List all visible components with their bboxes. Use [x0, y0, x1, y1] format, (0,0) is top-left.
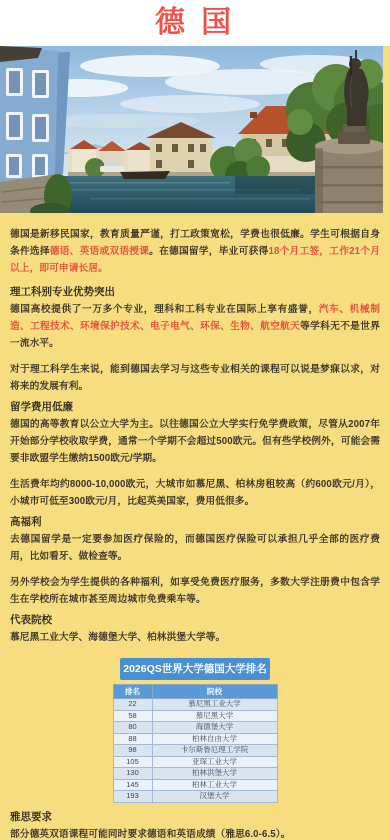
university-cell: 柏林洪堡大学 — [152, 768, 277, 780]
table-row: 145柏林工业大学 — [113, 779, 277, 791]
university-cell: 柏林自由大学 — [152, 733, 277, 745]
table-header-row: 排名 院校 — [113, 685, 277, 699]
section-heading: 留学费用低廉 — [10, 401, 380, 413]
section-stem-advantage: 理工科别专业优势突出 德国高校提供了一万多个专业，理科和工科专业在国际上享有盛誉… — [10, 286, 380, 395]
university-cell: 海德堡大学 — [152, 722, 277, 734]
rank-cell: 22 — [113, 699, 152, 711]
content-area: 德国是新移民国家，教育质量严谨，打工政策宽松，学费也很低廉。学生可根据自身条件选… — [0, 213, 390, 840]
university-cell: 慕尼黑工业大学 — [152, 699, 277, 711]
section-representative-universities: 代表院校 慕尼黑工业大学、海德堡大学、柏林洪堡大学等。 — [10, 614, 380, 646]
rank-cell: 80 — [113, 722, 152, 734]
title-bar: 德 国 — [0, 0, 390, 46]
table-row: 80海德堡大学 — [113, 722, 277, 734]
rank-cell: 98 — [113, 745, 152, 757]
text-segment: 对于理工科学生来说，能到德国去学习与这些专业相关的课程可以说是梦寐以求，对将来的… — [10, 364, 380, 392]
ranking-rows: 22慕尼黑工业大学58慕尼黑大学80海德堡大学88柏林自由大学98卡尔斯鲁厄理工… — [113, 699, 277, 803]
university-cell: 卡尔斯鲁厄理工学院 — [152, 745, 277, 757]
ielts-text: 部分德英双语课程可能同时要求德语和英语成绩（雅思6.0-6.5）。 — [10, 826, 380, 840]
page-title: 德 国 — [155, 8, 235, 38]
table-row: 193汉堡大学 — [113, 791, 277, 803]
germany-study-poster: 德 国 — [0, 0, 390, 840]
paragraph: 生活费年均约8000-10,000欧元，大城市如慕尼黑、柏林房租较高（约600欧… — [10, 476, 380, 510]
table-row: 88柏林自由大学 — [113, 733, 277, 745]
text-segment: 。在德国留学，毕业可获得 — [149, 246, 268, 257]
table-row: 98卡尔斯鲁厄理工学院 — [113, 745, 277, 757]
table-row: 58慕尼黑大学 — [113, 710, 277, 722]
section-heading: 雅思要求 — [10, 811, 380, 823]
section-low-cost: 留学费用低廉 德国的高等教育以公立大学为主。以往德国公立大学实行免学费政策，尽管… — [10, 401, 380, 510]
section-heading: 高福利 — [10, 516, 380, 528]
text-segment: 另外学校会为学生提供的各种福利，如享受免费医疗服务，多数大学注册费中包含学生在学… — [10, 577, 380, 605]
column-university: 院校 — [152, 685, 277, 699]
paragraph: 另外学校会为学生提供的各种福利，如享受免费医疗服务，多数大学注册费中包含学生在学… — [10, 574, 380, 608]
text-segment: 生活费年均约8000-10,000欧元，大城市如慕尼黑、柏林房租较高（约600欧… — [10, 479, 380, 507]
table-row: 105亚琛工业大学 — [113, 756, 277, 768]
university-cell: 慕尼黑大学 — [152, 710, 277, 722]
section-welfare: 高福利 去德国留学是一定要参加医疗保险的，而德国医疗保险可以承担几乎全部的医疗费… — [10, 516, 380, 608]
text-segment: 去德国留学是一定要参加医疗保险的，而德国医疗保险可以承担几乎全部的医疗费用，比如… — [10, 534, 380, 562]
rank-cell: 130 — [113, 768, 152, 780]
university-cell: 汉堡大学 — [152, 791, 277, 803]
paragraph: 德国的高等教育以公立大学为主。以往德国公立大学实行免学费政策，尽管从2007年开… — [10, 416, 380, 467]
rank-cell: 105 — [113, 756, 152, 768]
section-heading: 理工科别专业优势突出 — [10, 286, 380, 298]
paragraph: 对于理工科学生来说，能到德国去学习与这些专业相关的课程可以说是梦寐以求，对将来的… — [10, 361, 380, 395]
photo-frame — [0, 46, 390, 213]
ranking-title-banner: 2026QS世界大学德国大学排名 — [120, 658, 270, 680]
paragraph: 慕尼黑工业大学、海德堡大学、柏林洪堡大学等。 — [10, 629, 380, 646]
rank-cell: 58 — [113, 710, 152, 722]
section-heading: 代表院校 — [10, 614, 380, 626]
university-cell: 柏林工业大学 — [152, 779, 277, 791]
table-row: 22慕尼黑工业大学 — [113, 699, 277, 711]
section-ielts: 雅思要求 部分德英双语课程可能同时要求德语和英语成绩（雅思6.0-6.5）。 — [10, 811, 380, 840]
qs-ranking-table: 排名 院校 22慕尼黑工业大学58慕尼黑大学80海德堡大学88柏林自由大学98卡… — [113, 684, 278, 803]
university-cell: 亚琛工业大学 — [152, 756, 277, 768]
column-rank: 排名 — [113, 685, 152, 699]
text-segment: 德国高校提供了一万多个专业，理科和工科专业在国际上享有盛誉， — [10, 304, 319, 315]
rank-cell: 88 — [113, 733, 152, 745]
highlighted-text: 德语、英语或双语授课 — [50, 246, 149, 257]
text-segment: 德国的高等教育以公立大学为主。以往德国公立大学实行免学费政策，尽管从2007年开… — [10, 419, 380, 464]
intro-paragraph: 德国是新移民国家，教育质量严谨，打工政策宽松，学费也很低廉。学生可根据自身条件选… — [10, 226, 380, 277]
table-row: 130柏林洪堡大学 — [113, 768, 277, 780]
rank-cell: 193 — [113, 791, 152, 803]
paragraph: 去德国留学是一定要参加医疗保险的，而德国医疗保险可以承担几乎全部的医疗费用，比如… — [10, 531, 380, 565]
paragraph: 德国高校提供了一万多个专业，理科和工科专业在国际上享有盛誉，汽车、机械制造、工程… — [10, 301, 380, 352]
rank-cell: 145 — [113, 779, 152, 791]
text-segment: 慕尼黑工业大学、海德堡大学、柏林洪堡大学等。 — [10, 632, 225, 643]
riverside-town-photo — [0, 46, 383, 213]
